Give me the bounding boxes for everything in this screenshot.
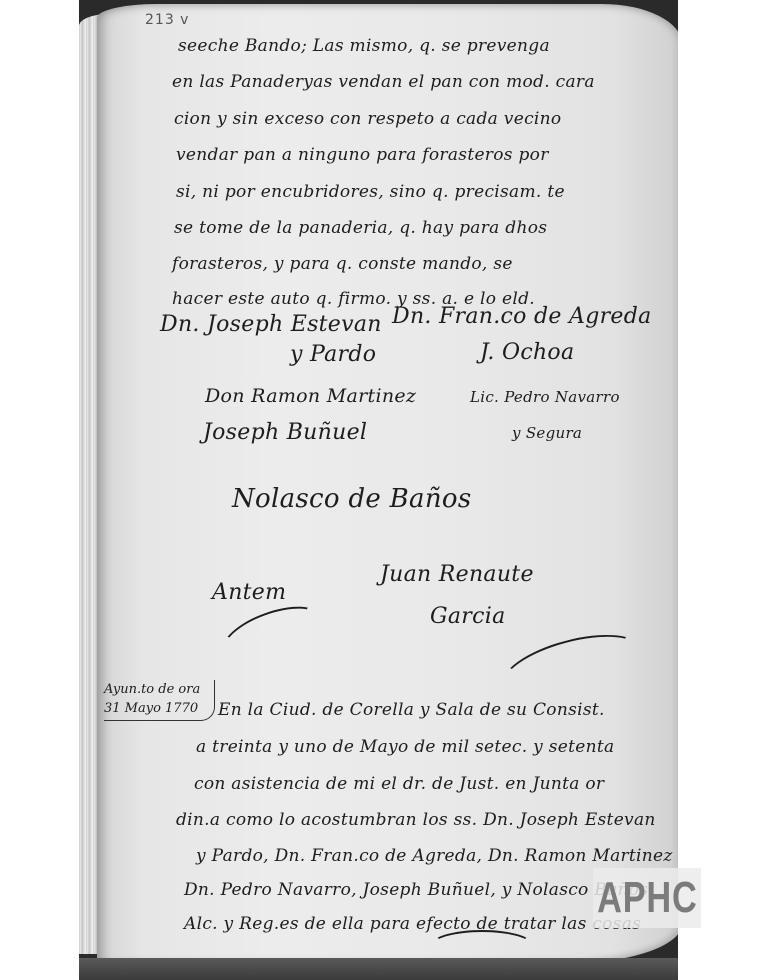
entry-line: y Pardo, Dn. Fran.co de Agreda, Dn. Ramo… — [196, 846, 673, 866]
entry-line: din.a como lo acostumbran los ss. Dn. Jo… — [176, 810, 656, 830]
signature-renaute: Juan Renaute — [380, 562, 534, 587]
signature-segura: y Segura — [512, 424, 582, 442]
body-line: forasteros, y para q. conste mando, se — [172, 254, 513, 274]
signature-antem: Antem — [212, 580, 286, 605]
body-line: seeche Bando; Las mismo, q. se prevenga — [178, 36, 550, 56]
archive-watermark: APHC — [593, 868, 701, 928]
signature-navarro: Lic. Pedro Navarro — [470, 388, 620, 406]
body-line: si, ni por encubridores, sino q. precisa… — [176, 182, 565, 202]
body-line: vendar pan a ninguno para forasteros por — [176, 145, 549, 165]
signature-nolasco-banos: Nolasco de Baños — [232, 484, 472, 514]
signature-pardo: y Pardo — [290, 342, 376, 367]
signature-martinez: Don Ramon Martinez — [205, 385, 416, 407]
body-line: se tome de la panaderia, q. hay para dho… — [174, 218, 547, 238]
body-line: en las Panaderyas vendan el pan con mod.… — [172, 72, 595, 92]
margin-note-line: Ayun.to de ora — [104, 680, 214, 699]
body-line: cion y sin exceso con respeto a cada vec… — [174, 109, 561, 129]
signature-estevan: Dn. Joseph Estevan — [160, 312, 382, 337]
signature-ochoa: J. Ochoa — [480, 340, 574, 365]
signature-garcia: Garcia — [430, 604, 505, 629]
entry-line: con asistencia de mi el dr. de Just. en … — [194, 774, 604, 794]
margin-note-date: 31 Mayo 1770 — [104, 699, 214, 718]
entry-line: En la Ciud. de Corella y Sala de su Cons… — [218, 700, 605, 720]
book-bottom-shadow — [79, 958, 678, 980]
watermark-text: APHC — [597, 873, 697, 923]
margin-note: Ayun.to de ora 31 Mayo 1770 — [104, 680, 215, 721]
signature-bunuel: Joseph Buñuel — [203, 420, 367, 445]
signature-agreda: Dn. Fran.co de Agreda — [392, 304, 652, 329]
entry-line: Dn. Pedro Navarro, Joseph Buñuel, y Nola… — [184, 880, 648, 900]
entry-line: Alc. y Reg.es de ella para efecto de tra… — [184, 914, 641, 934]
folio-number: 213 v — [145, 12, 189, 28]
closing-flourish — [430, 930, 534, 962]
entry-line: a treinta y uno de Mayo de mil setec. y … — [196, 737, 614, 757]
